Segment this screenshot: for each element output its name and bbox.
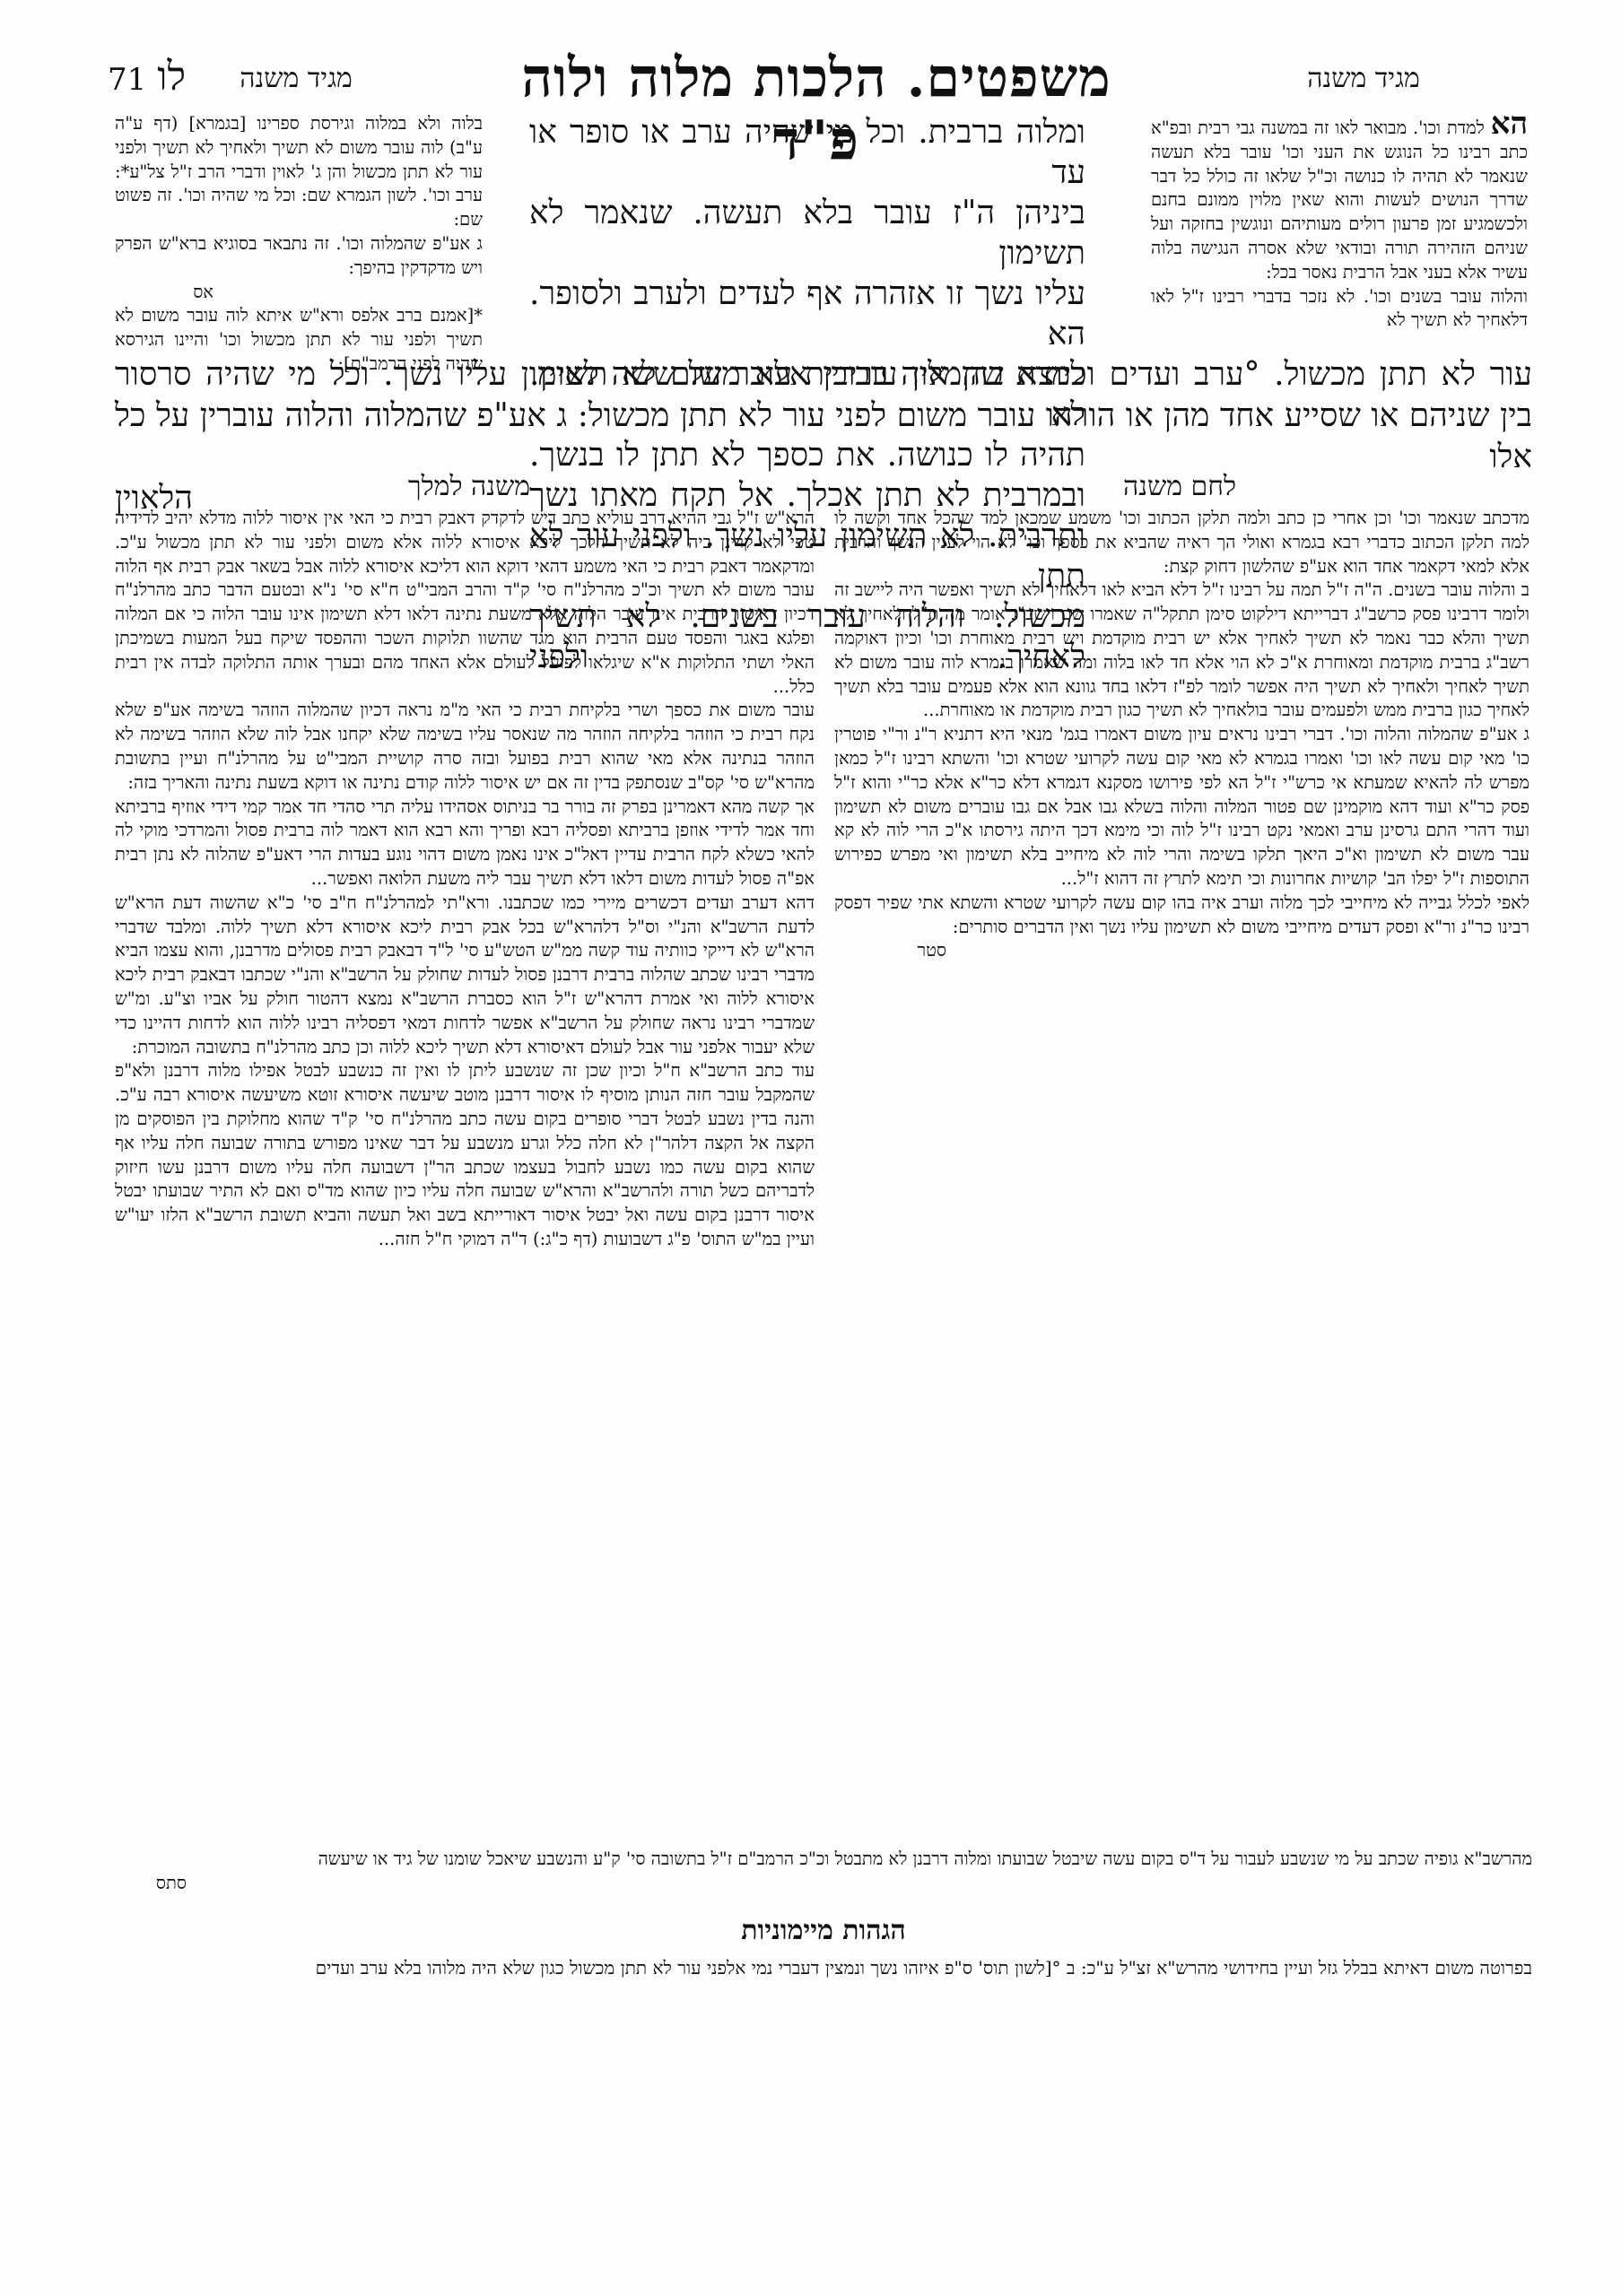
mishneh-lamelech-heading: משנה למלך xyxy=(115,471,824,502)
lechem-signoff: סטר xyxy=(834,939,1529,963)
maggid-left-para: ג אע"פ שהמלוה וכו'. זה נתבאר בסוגיא ברא"… xyxy=(115,232,483,281)
page-number-hebrew: לו xyxy=(157,54,186,100)
maggid-mishneh-right: הא למדת וכו'. מבואר לאו זה במשנה גבי רבי… xyxy=(1151,112,1528,333)
page-number-arabic: 71 xyxy=(108,62,146,98)
maggid-left-para: בלוה ולא במלוה וגירסת ספרינו [בגמרא] (דף… xyxy=(115,112,483,232)
maggid-left-signoff: אס xyxy=(115,281,483,305)
hagahot-text: בפרוטה משום דאיתא בבלל גזל ועיין בחידושי… xyxy=(115,1955,1532,1980)
maggid-mishneh-left: בלוה ולא במלוה וגירסת ספרינו [בגמרא] (דף… xyxy=(115,112,483,377)
lechem-mishneh-column: מדכתב שנאמר וכו' וכן אחרי כן כתב ולמה תל… xyxy=(834,507,1529,1843)
lechem-mishneh-heading: לחם משנה xyxy=(825,471,1534,502)
mishneh-lamelech-para: עוד כתב הרשב"א ח"ל וכיון שכן זה שנשבע לי… xyxy=(115,1059,815,1251)
mishneh-lamelech-para: דהא דערב ועדים דכשרים מיירי כמו שכתבנו. … xyxy=(115,891,815,1060)
lechem-para: ב והלוה עובר בשנים. ה"ה ז"ל תמה על רבינו… xyxy=(834,578,1529,723)
mishneh-lamelech-para: עובר משום את כספך ושרי בלקיחת רבית כי הא… xyxy=(115,699,815,795)
dibur-lead: הא xyxy=(1491,106,1528,142)
main-line: עליו נשך זו אזהרה אף לעדים ולערב ולסופר.… xyxy=(529,274,1085,354)
header-left-label: מגיד משנה xyxy=(206,63,386,94)
mishneh-lamelech-column: הרא"ש ז"ל גבי ההיא דרב עוליא כתב דיש לדק… xyxy=(115,507,815,1812)
lechem-para: ג אע"פ שהמלוה והלוה וכו'. דברי רבינו נרא… xyxy=(834,723,1529,891)
hagahot-heading: הגהות מיימוניות xyxy=(115,1915,1532,1946)
mishneh-lamelech-para: מהרשב"א גופיה שכתב על מי שנשבע לעבור על … xyxy=(115,1848,1532,1872)
maggid-right-para: למדת וכו'. מבואר לאו זה במשנה גבי רבית ו… xyxy=(1151,117,1528,283)
main-line: בין שניהם או שסייע אחד מהן או הורהו עובר… xyxy=(115,396,1532,478)
main-line: ומלוה ברבית. וכל מי שהיה ערב או סופר או … xyxy=(529,112,1085,193)
mishneh-lamelech-signoff: סתס xyxy=(115,1872,1532,1896)
mishneh-lamelech-para: אך קשה מהא דאמרינן בפרק זה בורר בר בניתו… xyxy=(115,796,815,891)
maggid-right-para: והלוה עובר בשנים וכו'. לא נזכר בדברי רבי… xyxy=(1151,285,1528,334)
mishneh-lamelech-continuation: מהרשב"א גופיה שכתב על מי שנשבע לעבור על … xyxy=(115,1848,1532,1896)
lechem-para: מדכתב שנאמר וכו' וכן אחרי כן כתב ולמה תל… xyxy=(834,507,1529,578)
main-line: ביניהן ה"ז עובר בלא תעשה. שנאמר לא תשימו… xyxy=(529,193,1085,274)
lechem-para: לאפי לכלל גבייה לא מיחייבי לכך מלוה וערב… xyxy=(834,891,1529,940)
mishneh-lamelech-para: הרא"ש ז"ל גבי ההיא דרב עוליא כתב דיש לדק… xyxy=(115,507,815,699)
main-line: עור לא תתן מכשול. °ערב ועדים וכיוצא בהן … xyxy=(115,354,1532,396)
header-right-label: מגיד משנה xyxy=(1229,63,1498,94)
page-number-block: 71 לו xyxy=(108,54,186,100)
